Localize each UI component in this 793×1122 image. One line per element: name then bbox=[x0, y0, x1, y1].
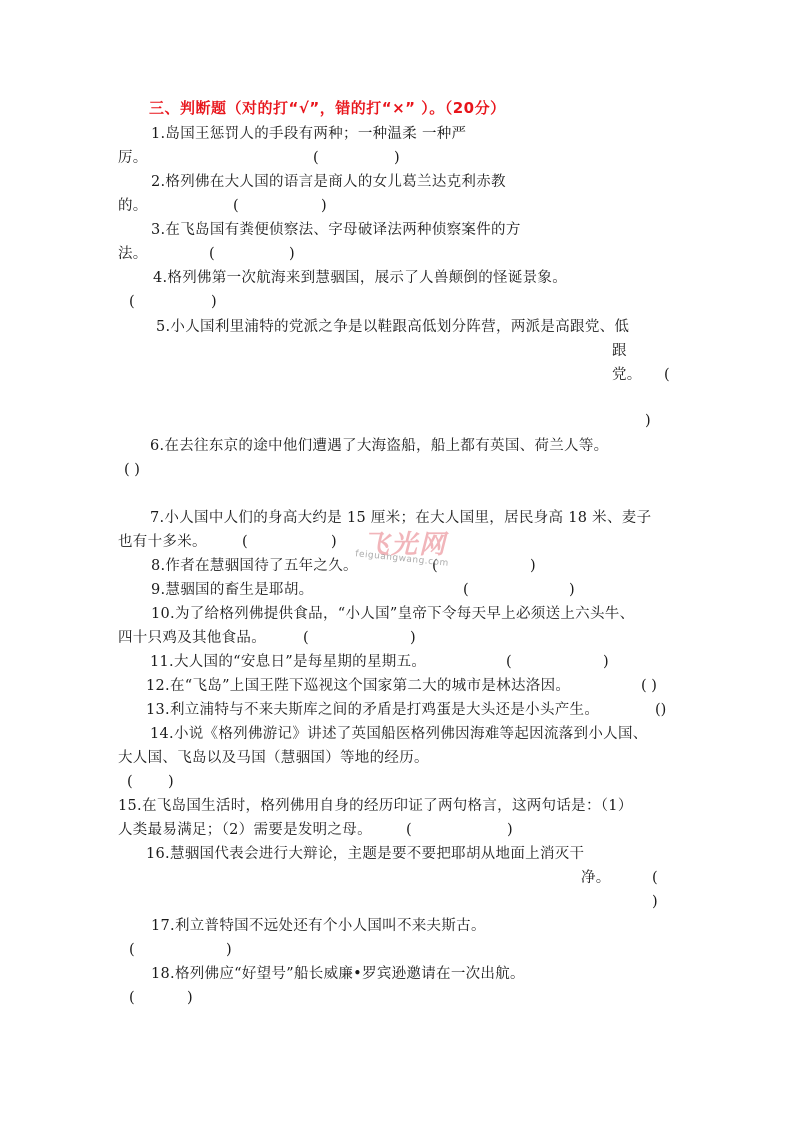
answer-blank-8-open[interactable]: ( bbox=[432, 557, 438, 575]
answer-blank-2-close: ) bbox=[321, 197, 327, 215]
answer-blank-7-close: ) bbox=[331, 533, 337, 551]
answer-blank-4-open[interactable]: ( bbox=[129, 293, 135, 311]
question-16-line-2: 净。 bbox=[581, 869, 611, 887]
question-4-line-1: 4.格列佛第一次航海来到慧骃国，展示了人兽颠倒的怪诞景象。 bbox=[153, 269, 567, 287]
question-11-line-1: 11.大人国的“安息日”是每星期的星期五。 bbox=[150, 653, 426, 671]
question-18-line-1: 18.格列佛应“好望号”船长威廉•罗宾逊邀请在一次出航。 bbox=[151, 965, 525, 983]
question-5-line-2: 跟 bbox=[612, 342, 627, 360]
answer-blank-15-open[interactable]: ( bbox=[406, 821, 412, 839]
answer-blank-3-close: ) bbox=[289, 245, 295, 263]
answer-blank-16-close: ) bbox=[652, 893, 658, 911]
question-3-line-2: 法。 bbox=[118, 245, 148, 263]
answer-blank-15-close: ) bbox=[507, 821, 513, 839]
answer-blank-5-open[interactable]: ( bbox=[664, 366, 670, 384]
answer-blank-5-close: ) bbox=[645, 412, 651, 430]
question-14-line-2: 大人国、飞岛以及马国（慧骃国）等地的经历。 bbox=[118, 749, 429, 767]
answer-blank-10-open[interactable]: ( bbox=[303, 629, 309, 647]
question-10-line-1: 10.为了给格列佛提供食品，“小人国”皇帝下令每天早上必须送上六头牛、 bbox=[151, 605, 634, 623]
answer-blank-14-open[interactable]: ( bbox=[127, 773, 133, 791]
question-7-line-1: 7.小人国中人们的身高大约是 15 厘米；在大人国里，居民身高 18 米、麦子 bbox=[150, 509, 651, 527]
answer-blank-17-close: ) bbox=[226, 941, 232, 959]
answer-blank-8-close: ) bbox=[530, 557, 536, 575]
answer-blank-6[interactable]: ( ) bbox=[124, 461, 140, 479]
question-15-line-2: 人类最易满足；（2）需要是发明之母。 bbox=[118, 821, 372, 839]
question-3-line-1: 3.在飞岛国有粪便侦察法、字母破译法两种侦察案件的方 bbox=[151, 221, 521, 239]
question-15-line-1: 15.在飞岛国生活时，格列佛用自身的经历印证了两句格言，这两句话是：（1） bbox=[118, 797, 633, 815]
question-1-line-1: 1.岛国王惩罚人的手段有两种；一种温柔 一种严 bbox=[151, 125, 466, 143]
answer-blank-4-close: ) bbox=[211, 293, 217, 311]
question-5-line-1: 5.小人国利里浦特的党派之争是以鞋跟高低划分阵营，两派是高跟党、低 bbox=[156, 318, 629, 336]
question-7-line-2: 也有十多米。 bbox=[118, 533, 207, 551]
answer-blank-1-close: ) bbox=[394, 149, 400, 167]
answer-blank-16-open[interactable]: ( bbox=[652, 869, 658, 887]
question-6-line-1: 6.在去往东京的途中他们遭遇了大海盗船，船上都有英国、荷兰人等。 bbox=[150, 437, 608, 455]
answer-blank-18-open[interactable]: ( bbox=[129, 989, 135, 1007]
question-5-line-3: 党。 bbox=[612, 366, 642, 384]
question-2-line-1: 2.格列佛在大人国的语言是商人的女儿葛兰达克利赤教 bbox=[151, 173, 506, 191]
question-10-line-2: 四十只鸡及其他食品。 bbox=[118, 629, 266, 647]
section-heading: 三、判断题（对的打“√”，错的打“×” ）。（20分） bbox=[149, 97, 506, 118]
question-9-line-1: 9.慧骃国的畜生是耶胡。 bbox=[151, 581, 313, 599]
answer-blank-10-close: ) bbox=[410, 629, 416, 647]
answer-blank-13[interactable]: () bbox=[655, 701, 666, 719]
answer-blank-14-close: ) bbox=[168, 773, 174, 791]
question-8-line-1: 8.作者在慧骃国待了五年之久。 bbox=[151, 557, 358, 575]
watermark: 飞光网 feiguangwang.com bbox=[355, 524, 465, 584]
answer-blank-2-open[interactable]: ( bbox=[233, 197, 239, 215]
watermark-logo: 飞光网 bbox=[363, 524, 447, 561]
question-1-line-2: 厉。 bbox=[118, 149, 148, 167]
question-16-line-1: 16.慧骃国代表会进行大辩论，主题是要不要把耶胡从地面上消灭干 bbox=[146, 845, 584, 863]
answer-blank-9-open[interactable]: ( bbox=[463, 581, 469, 599]
question-14-line-1: 14.小说《格列佛游记》讲述了英国船医格列佛因海难等起因流落到小人国、 bbox=[150, 725, 648, 743]
answer-blank-3-open[interactable]: ( bbox=[209, 245, 215, 263]
question-13-line-1: 13.利立浦特与不来夫斯库之间的矛盾是打鸡蛋是大头还是小头产生。 bbox=[146, 701, 599, 719]
question-2-line-2: 的。 bbox=[118, 197, 148, 215]
answer-blank-11-open[interactable]: ( bbox=[506, 653, 512, 671]
question-17-line-1: 17.利立普特国不远处还有个小人国叫不来夫斯古。 bbox=[151, 917, 486, 935]
answer-blank-18-close: ) bbox=[187, 989, 193, 1007]
answer-blank-17-open[interactable]: ( bbox=[129, 941, 135, 959]
answer-blank-11-close: ) bbox=[603, 653, 609, 671]
answer-blank-7-open[interactable]: ( bbox=[242, 533, 248, 551]
answer-blank-9-close: ) bbox=[569, 581, 575, 599]
answer-blank-1-open[interactable]: ( bbox=[313, 149, 319, 167]
question-12-line-1: 12.在“飞岛”上国王陛下巡视这个国家第二大的城市是林达洛因。 bbox=[146, 677, 570, 695]
answer-blank-12[interactable]: ( ) bbox=[641, 677, 657, 695]
